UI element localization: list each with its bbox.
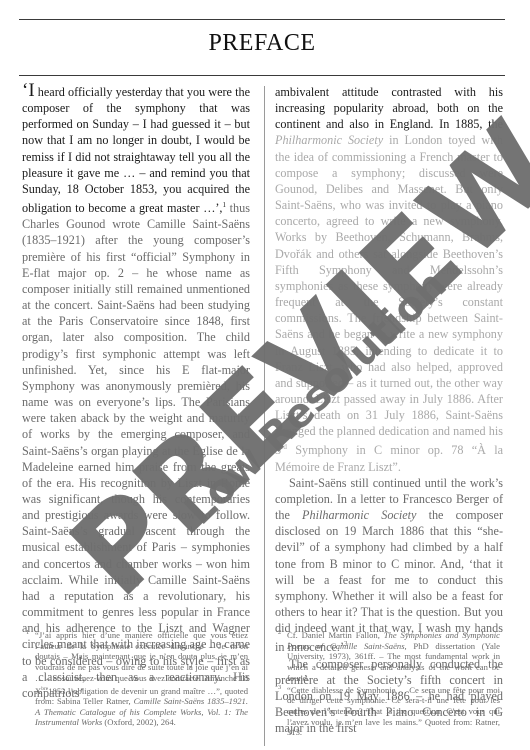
paragraph-text: thus Charles Gounod wrote Camille Saint-…	[22, 201, 250, 700]
footnote-number: 2	[278, 628, 281, 639]
right-paragraph-2: Saint-Saëns still continued until the wo…	[275, 475, 503, 656]
left-paragraph-1: ‘I heard officially yesterday that you w…	[22, 84, 250, 701]
heading-bottom-rule	[19, 75, 505, 76]
footnote-text: “Cette diablesse de Symphonie … Ce sera …	[287, 685, 500, 738]
left-text-column: ‘I heard officially yesterday that you w…	[22, 84, 250, 701]
footnote-2: 2 Cf. Daniel Martin Fallon, The Symphoni…	[278, 630, 500, 684]
footnote-text: Cf. Daniel Martin Fallon,	[287, 630, 384, 640]
paragraph-text: ambivalent attitude contrasted with his …	[275, 85, 503, 131]
top-rule	[19, 19, 505, 20]
paragraph-text: heard officially yesterday that you were…	[22, 85, 250, 215]
paragraph-text: Symphony in C minor op. 78 “À la Mémoire…	[275, 444, 503, 474]
footnotes-left: 1 “J’ai appris hier d’une manière offici…	[26, 630, 248, 729]
page-title: PREFACE	[19, 30, 505, 57]
footnote-number: 3	[278, 683, 281, 694]
document-page: PREFACE ‘I heard officially yesterday th…	[0, 0, 530, 750]
footnote-text: (Oxford, 2002), 264.	[102, 717, 176, 727]
footnote-number: 1	[26, 628, 29, 639]
paragraph-text: in London toyed with the idea of commiss…	[275, 133, 503, 457]
footnotes-right: 2 Cf. Daniel Martin Fallon, The Symphoni…	[278, 630, 500, 739]
footnote-1: 1 “J’ai appris hier d’une manière offici…	[26, 630, 248, 728]
society-name-italic: Philharmonic Society	[302, 508, 416, 522]
society-name-italic: Philharmonic Society	[275, 133, 383, 147]
column-divider	[264, 86, 265, 746]
right-paragraph-1: ambivalent attitude contrasted with his …	[275, 84, 503, 475]
footnote-3: 3 “Cette diablesse de Symphonie … Ce ser…	[278, 685, 500, 739]
dropcap-initial: ‘I	[22, 80, 35, 101]
